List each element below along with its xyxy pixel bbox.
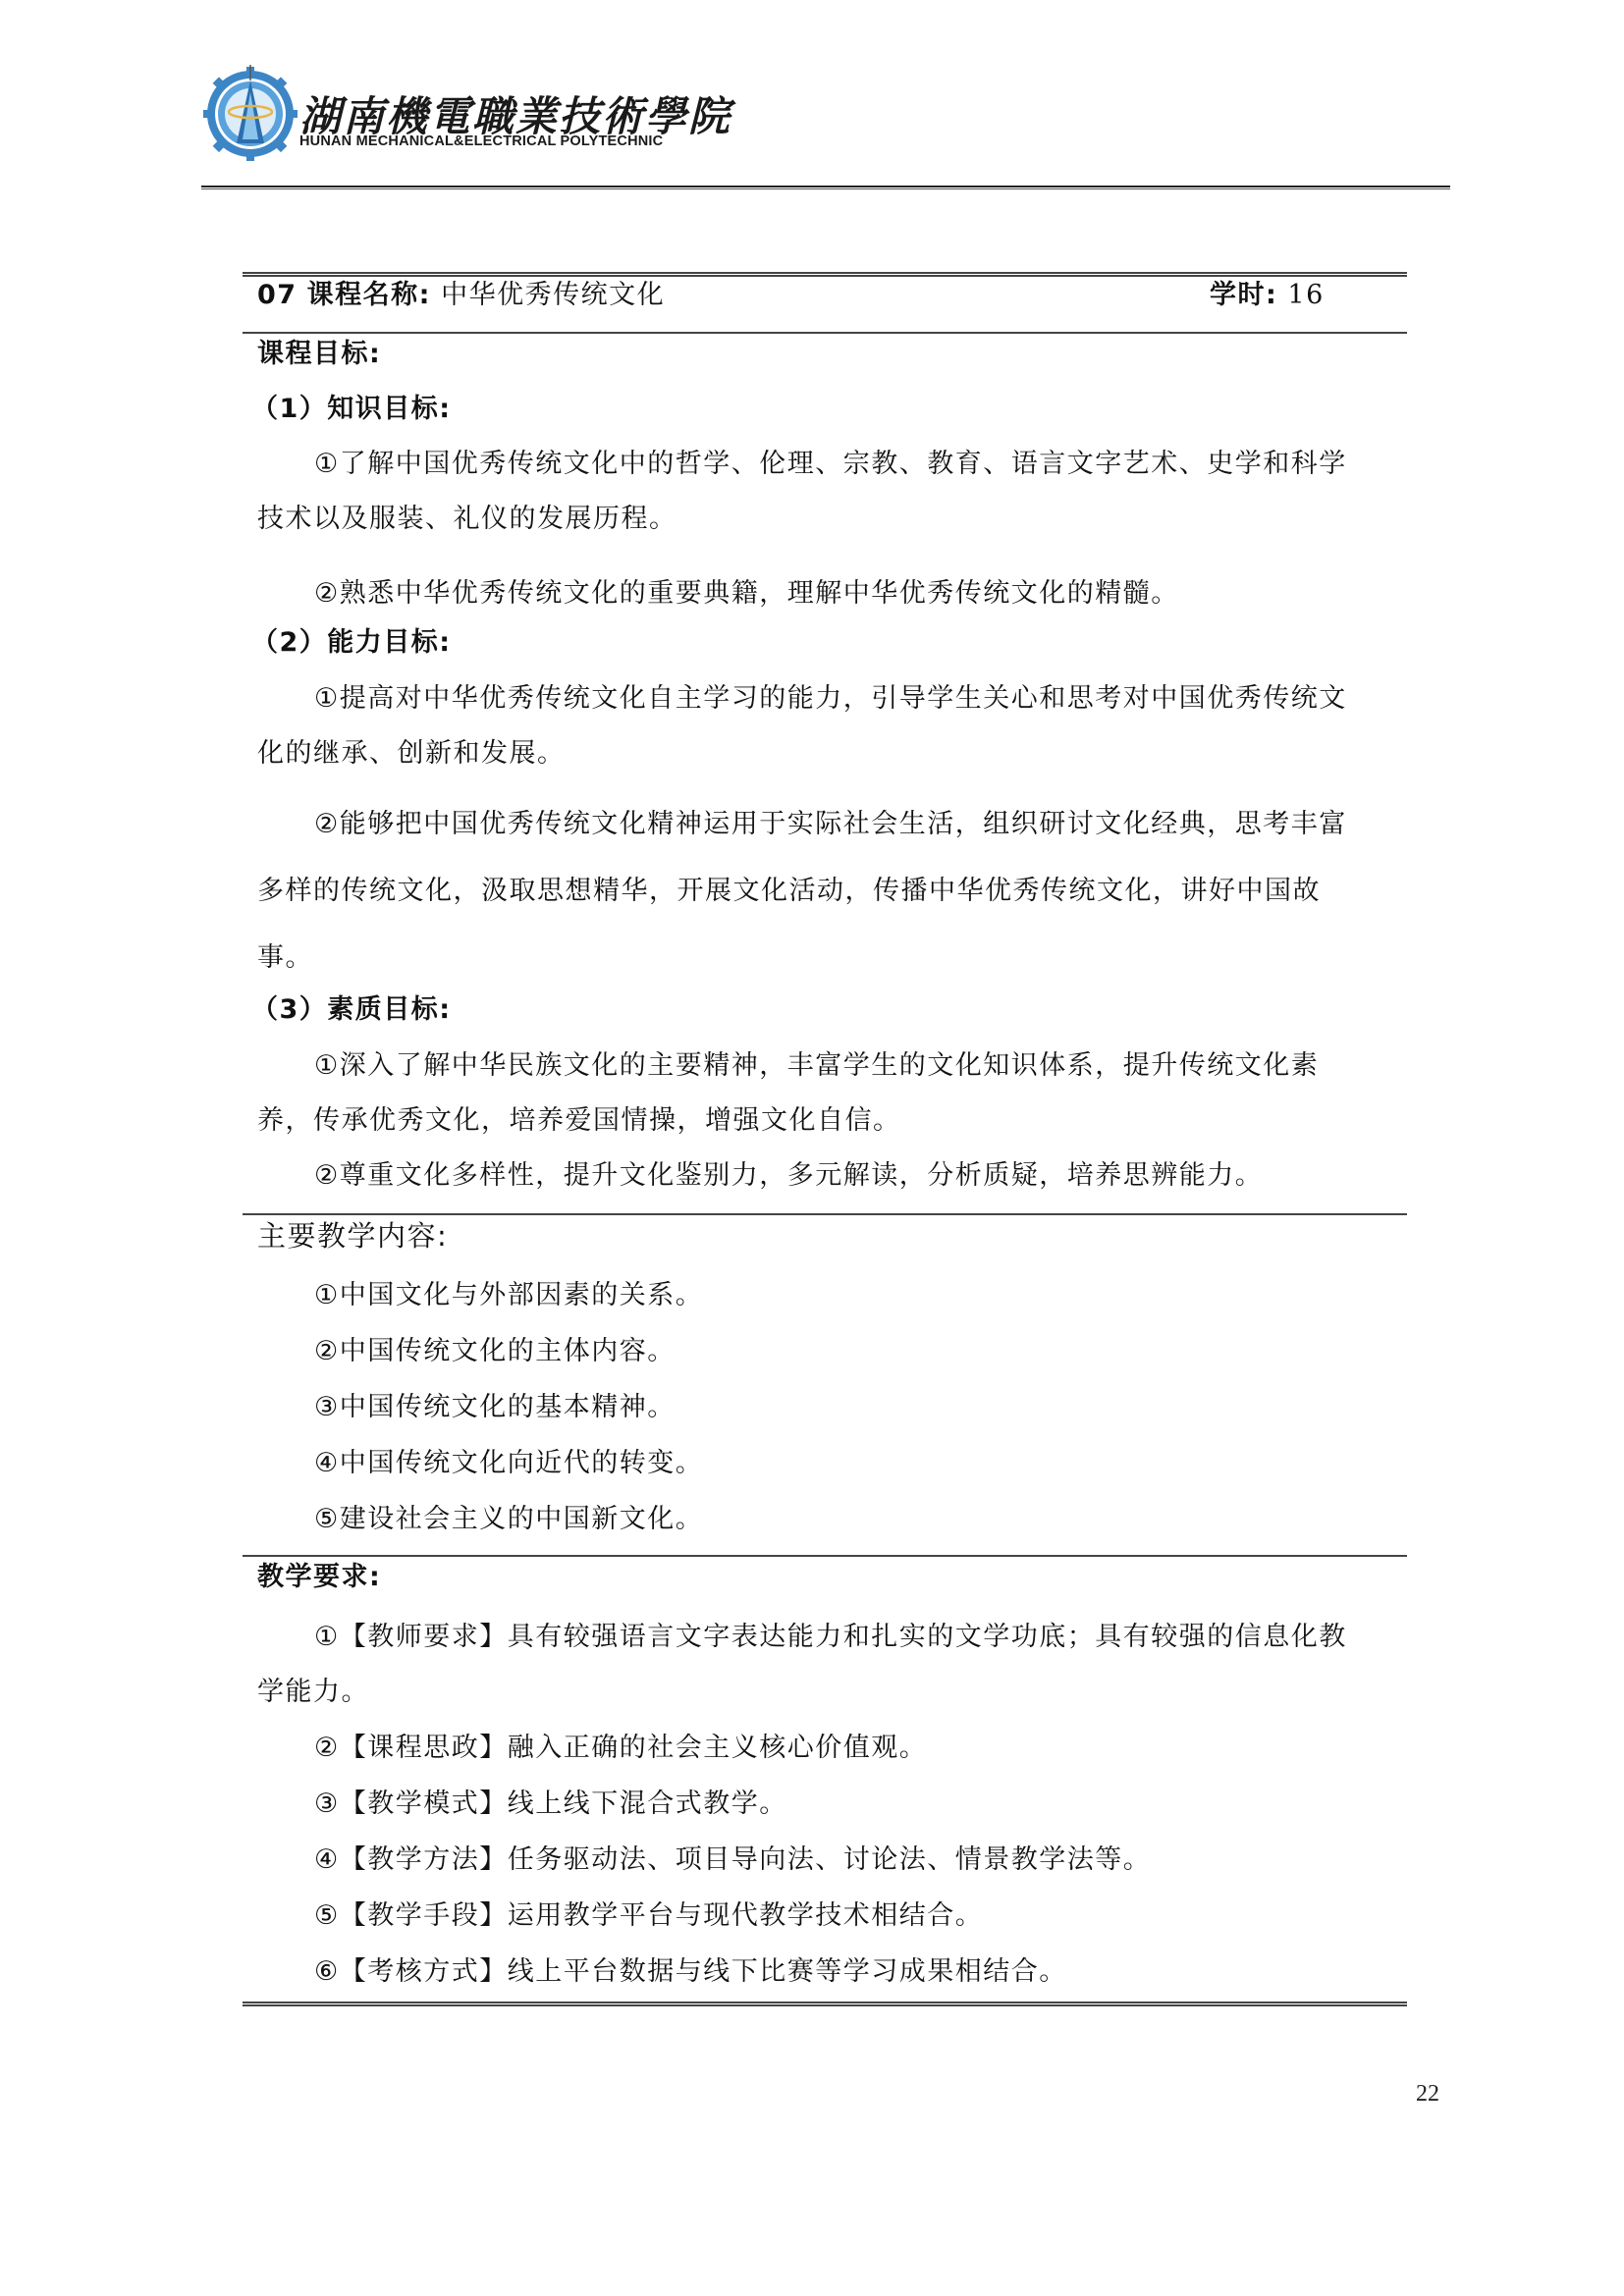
- course-hours: 学时: 16: [1210, 281, 1325, 310]
- knowledge-item-1-cont: 技术以及服装、礼仪的发展历程。: [257, 505, 677, 534]
- requirement-item-1-cont: 学能力。: [257, 1678, 369, 1707]
- requirement-item-5: ⑤【教学手段】运用教学平台与现代教学技术相结合。: [314, 1901, 983, 1931]
- content-item-5: ⑤建设社会主义的中国新文化。: [314, 1505, 703, 1534]
- course-title-divider: [243, 332, 1407, 334]
- requirement-item-4: ④【教学方法】任务驱动法、项目导向法、讨论法、情景教学法等。: [314, 1845, 1151, 1875]
- content-heading: 主要教学内容:: [257, 1221, 448, 1251]
- ability-item-1: ①提高对中华优秀传统文化自主学习的能力，引导学生关心和思考对中国优秀传统文: [314, 684, 1347, 714]
- knowledge-item-1: ①了解中国优秀传统文化中的哲学、伦理、宗教、教育、语言文字艺术、史学和科学: [314, 450, 1347, 479]
- requirement-item-2: ②【课程思政】融入正确的社会主义核心价值观。: [314, 1734, 927, 1763]
- content-item-2: ②中国传统文化的主体内容。: [314, 1337, 676, 1366]
- content-item-1: ①中国文化与外部因素的关系。: [314, 1281, 703, 1310]
- requirement-item-1: ①【教师要求】具有较强语言文字表达能力和扎实的文学功底；具有较强的信息化教: [314, 1623, 1347, 1652]
- ability-objectives-heading: （2）能力目标:: [251, 628, 452, 658]
- requirement-item-6: ⑥【考核方式】线上平台数据与线下比赛等学习成果相结合。: [314, 1957, 1067, 1987]
- school-seal-icon: [201, 63, 299, 161]
- ability-item-2-cont2: 事。: [257, 943, 313, 973]
- objectives-divider: [243, 1213, 1407, 1215]
- content-divider: [243, 1555, 1407, 1557]
- page-number: 22: [1416, 2081, 1439, 2108]
- knowledge-objectives-heading: （1）知识目标:: [251, 395, 452, 424]
- course-number: 07: [257, 280, 298, 310]
- requirement-item-3: ③【教学模式】线上线下混合式教学。: [314, 1789, 787, 1819]
- requirements-heading: 教学要求:: [257, 1563, 381, 1592]
- course-hours-label: 学时:: [1210, 280, 1277, 310]
- ability-item-2: ②能够把中国优秀传统文化精神运用于实际社会生活，组织研讨文化经典，思考丰富: [314, 810, 1347, 839]
- ability-item-2-cont: 多样的传统文化，汲取思想精华，开展文化活动，传播中华优秀传统文化，讲好中国故: [257, 877, 1321, 906]
- institution-name-en: HUNAN MECHANICAL&ELECTRICAL POLYTECHNIC: [299, 133, 663, 149]
- header-divider: [201, 186, 1450, 189]
- knowledge-item-2: ②熟悉中华优秀传统文化的重要典籍，理解中华优秀传统文化的精髓。: [314, 579, 1179, 609]
- quality-objectives-heading: （3）素质目标:: [251, 995, 452, 1025]
- objectives-heading: 课程目标:: [257, 340, 381, 369]
- content-item-3: ③中国传统文化的基本精神。: [314, 1393, 676, 1422]
- table-bottom-border: [243, 2002, 1407, 2006]
- table-top-border: [243, 272, 1407, 277]
- quality-item-1-cont: 养，传承优秀文化，培养爱国情操，增强文化自信。: [257, 1106, 901, 1136]
- quality-item-2: ②尊重文化多样性，提升文化鉴别力，多元解读，分析质疑，培养思辨能力。: [314, 1161, 1263, 1191]
- course-title-row: 07 课程名称: 中华优秀传统文化: [257, 281, 665, 310]
- course-name: 中华优秀传统文化: [441, 280, 665, 310]
- content-item-4: ④中国传统文化向近代的转变。: [314, 1449, 703, 1478]
- quality-item-1: ①深入了解中华民族文化的主要精神，丰富学生的文化知识体系，提升传统文化素: [314, 1051, 1319, 1081]
- ability-item-1-cont: 化的继承、创新和发展。: [257, 739, 566, 769]
- course-hours-value: 16: [1287, 280, 1324, 310]
- document-header: 湖南機電職業技術學院 HUNAN MECHANICAL&ELECTRICAL P…: [201, 63, 1458, 161]
- course-name-label: 课程名称:: [307, 280, 431, 310]
